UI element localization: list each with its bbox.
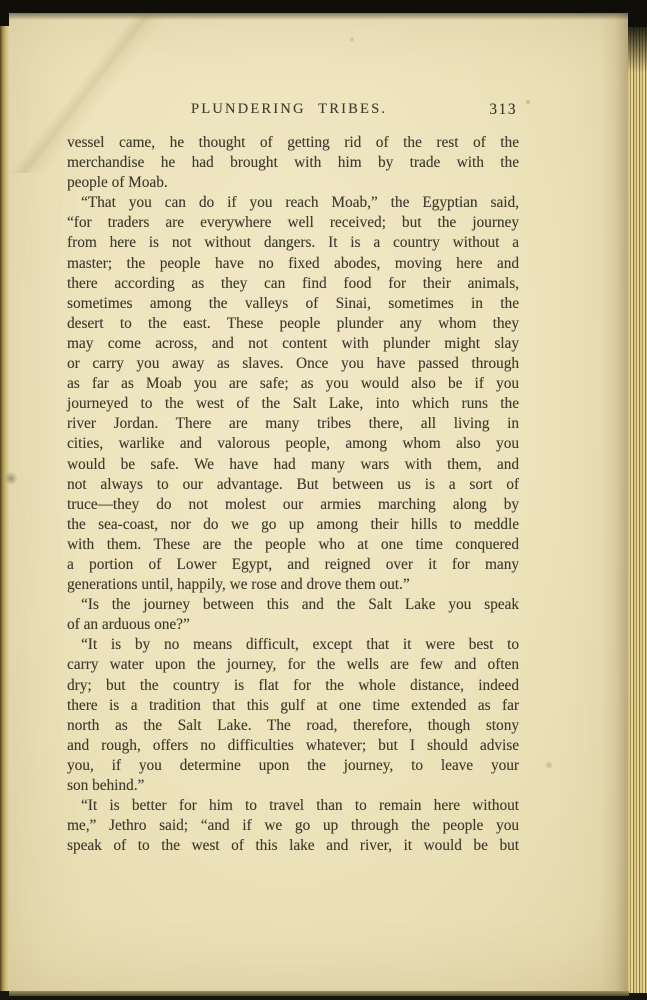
- text-line: generations until, happily, we rose and …: [67, 575, 519, 595]
- text-line: “for traders are everywhere well receive…: [67, 213, 519, 233]
- text-column: PLUNDERING TRIBES. 313 vessel came, he t…: [67, 101, 519, 856]
- text-line: me,” Jethro said; “and if we go up throu…: [67, 816, 519, 836]
- text-line: “Is the journey between this and the Sal…: [67, 595, 519, 615]
- text-line: “It is by no means difficult, except tha…: [67, 635, 519, 655]
- book-page: PLUNDERING TRIBES. 313 vessel came, he t…: [9, 13, 628, 991]
- text-line: merchandise he had brought with him by t…: [67, 153, 519, 173]
- text-line: dry; but the country is flat for the who…: [67, 676, 519, 696]
- running-title: PLUNDERING TRIBES.: [191, 101, 387, 118]
- page-number: 313: [489, 101, 517, 119]
- text-line: you, if you determine upon the journey, …: [67, 756, 519, 776]
- text-line: may come across, and not content with pl…: [67, 334, 519, 354]
- text-line: there is a tradition that this gulf at o…: [67, 696, 519, 716]
- foxing-spot: [525, 99, 531, 105]
- foxing-spot: [349, 37, 355, 42]
- text-line: river Jordan. There are many tribes ther…: [67, 414, 519, 434]
- foxing-spot: [545, 761, 553, 769]
- text-line: journeyed to the west of the Salt Lake, …: [67, 394, 519, 414]
- text-line: “It is better for him to travel than to …: [67, 796, 519, 816]
- text-line: there according as they can find food fo…: [67, 274, 519, 294]
- text-line: with them. These are the people who at o…: [67, 535, 519, 555]
- text-line: truce—they do not molest our armies marc…: [67, 495, 519, 515]
- text-line: “That you can do if you reach Moab,” the…: [67, 193, 519, 213]
- text-line: or carry you away as slaves. Once you ha…: [67, 354, 519, 374]
- text-line: master; the people have no fixed abodes,…: [67, 254, 519, 274]
- bottom-page-edge: [9, 991, 629, 996]
- text-line: as far as Moab you are safe; as you woul…: [67, 374, 519, 394]
- text-line: of an arduous one?”: [67, 615, 519, 635]
- text-line: and rough, offers no difficulties whatev…: [67, 736, 519, 756]
- text-line: from here is not without dangers. It is …: [67, 233, 519, 253]
- text-line: desert to the east. These people plunder…: [67, 314, 519, 334]
- text-line: people of Moab.: [67, 173, 519, 193]
- text-line: speak of to the west of this lake and ri…: [67, 836, 519, 856]
- book-scan: PLUNDERING TRIBES. 313 vessel came, he t…: [0, 0, 647, 1000]
- text-line: vessel came, he thought of getting rid o…: [67, 133, 519, 153]
- text-line: son behind.”: [67, 776, 519, 796]
- text-line: a portion of Lower Egypt, and reigned ov…: [67, 555, 519, 575]
- fore-edge-page-stack: [626, 27, 647, 993]
- text-line: the sea-coast, nor do we go up among the…: [67, 515, 519, 535]
- page-header: PLUNDERING TRIBES. 313: [67, 101, 519, 123]
- body-text: vessel came, he thought of getting rid o…: [67, 133, 519, 856]
- text-line: not always to our advantage. But between…: [67, 475, 519, 495]
- left-page-edge: [0, 26, 9, 991]
- text-line: sometimes among the valleys of Sinai, so…: [67, 294, 519, 314]
- text-line: north as the Salt Lake. The road, theref…: [67, 716, 519, 736]
- text-line: cities, warlike and valorous people, amo…: [67, 434, 519, 454]
- text-line: would be safe. We have had many wars wit…: [67, 455, 519, 475]
- text-line: carry water upon the journey, for the we…: [67, 655, 519, 675]
